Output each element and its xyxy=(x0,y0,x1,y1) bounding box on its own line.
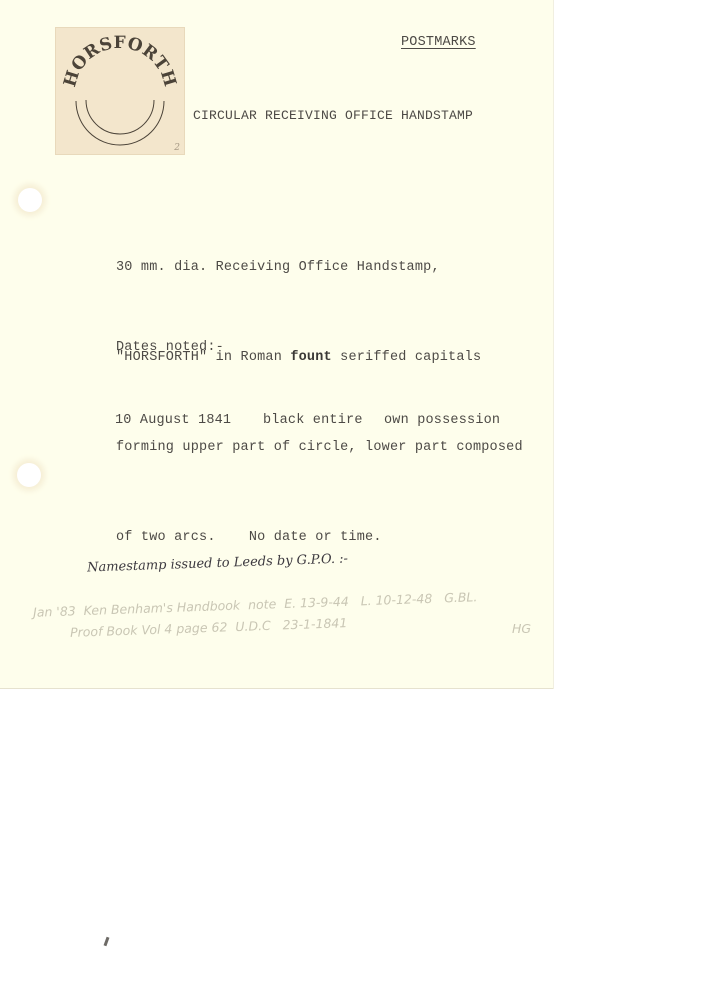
postmark-stamp-card: HORSFORTH 2 xyxy=(55,27,185,155)
section-header: POSTMARKS xyxy=(401,35,476,50)
pencil-initials: HG xyxy=(512,621,531,636)
svg-text:HORSFORTH: HORSFORTH xyxy=(60,33,180,89)
postmark-circle-icon: HORSFORTH xyxy=(55,27,185,155)
table-row: 10 August 1841 black entire own possessi… xyxy=(115,413,553,428)
dates-label: Dates noted:- xyxy=(116,340,224,355)
punch-hole xyxy=(17,463,41,487)
page-title: CIRCULAR RECEIVING OFFICE HANDSTAMP xyxy=(193,108,473,123)
punch-hole xyxy=(18,188,42,212)
description-line: of two arcs. No date or time. xyxy=(116,523,523,553)
pencil-note: Proof Book Vol 4 page 62 U.D.C 23-1-1841 xyxy=(70,615,348,640)
stray-mark xyxy=(104,937,110,946)
card-number: 2 xyxy=(174,143,180,153)
document-page: HORSFORTH 2 POSTMARKS CIRCULAR RECEIVING… xyxy=(0,0,553,689)
dates-table: 10 August 1841 black entire own possessi… xyxy=(115,383,553,453)
description-line: 30 mm. dia. Receiving Office Handstamp, xyxy=(116,253,523,283)
